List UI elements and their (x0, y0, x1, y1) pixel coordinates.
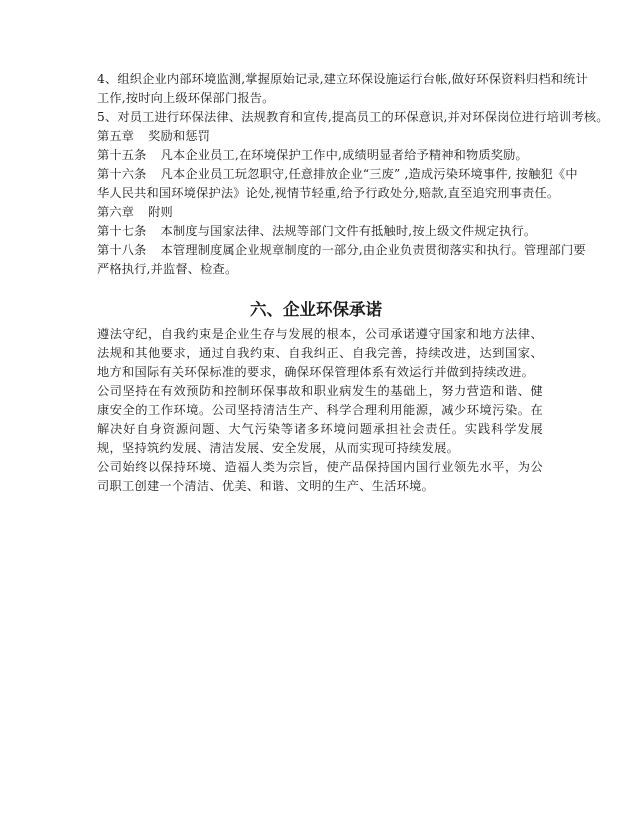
text-line: 5、对员工进行环保法律、法规教育和宣传,提高员工的环保意识,并对环保岗位进行培训… (97, 108, 545, 127)
chapter-five-heading: 第五章奖励和惩罚 (97, 127, 545, 146)
chapter-number: 第五章 (97, 129, 134, 143)
article-15: 第十五条凡本企业员工,在环境保护工作中,成绩明显者给予精神和物质奖励。 (97, 146, 545, 165)
commitment-paragraph: 公司坚持在有效预防和控制环保事故和职业病发生的基础上，努力营造和谐、健康安全的工… (97, 382, 543, 458)
text-line: 工作,按时向上级环保部门报告。 (97, 89, 545, 108)
article-text: 凡本企业员工玩忽职守,任意排放企业“三废” ,造成污染环境事件, 按触犯《中 (161, 167, 578, 181)
article-text: 凡本企业员工,在环境保护工作中,成绩明显者给予精神和物质奖励。 (161, 148, 528, 162)
commitment-paragraph: 公司始终以保持环境、造福人类为宗旨，使产品保持国内国行业领先水平，为公司职工创建… (97, 458, 543, 496)
chapter-number: 第六章 (97, 205, 134, 219)
article-text: 本制度与国家法律、法规等部门文件有抵触时,按上级文件规定执行。 (161, 224, 537, 238)
article-text: 本管理制度属企业规章制度的一部分,由企业负责贯彻落实和执行。管理部门要 (161, 243, 586, 257)
article-18: 第十八条本管理制度属企业规章制度的一部分,由企业负责贯彻落实和执行。管理部门要 (97, 241, 545, 260)
article-number: 第十七条 (97, 224, 147, 238)
article-number: 第十六条 (97, 167, 147, 181)
article-number: 第十五条 (97, 148, 147, 162)
chapter-six-heading: 第六章附则 (97, 203, 545, 222)
chapter-title: 附则 (148, 205, 173, 219)
article-number: 第十八条 (97, 243, 147, 257)
text-line: 4、组织企业内部环境监测,掌握原始记录,建立环保设施运行台帐,做好环保资料归档和… (97, 70, 545, 89)
article-16-continued: 华人民共和国环境保护法》论处,视情节轻重,给予行政处分,赔款,直至追究刑事责任。 (97, 184, 545, 203)
article-16: 第十六条凡本企业员工玩忽职守,任意排放企业“三废” ,造成污染环境事件, 按触犯… (97, 165, 545, 184)
article-18-continued: 严格执行,并监督、检查。 (97, 260, 545, 279)
commitment-paragraph: 遵法守纪，自我约束是企业生存与发展的根本，公司承诺遵守国家和地方法律、法规和其他… (97, 325, 543, 382)
commitment-section: 遵法守纪，自我约束是企业生存与发展的根本，公司承诺遵守国家和地方法律、法规和其他… (97, 325, 543, 496)
chapter-title: 奖励和惩罚 (148, 129, 210, 143)
section-title: 六、企业环保承诺 (0, 296, 632, 320)
article-17: 第十七条本制度与国家法律、法规等部门文件有抵触时,按上级文件规定执行。 (97, 222, 545, 241)
document-upper-section: 4、组织企业内部环境监测,掌握原始记录,建立环保设施运行台帐,做好环保资料归档和… (97, 70, 545, 279)
